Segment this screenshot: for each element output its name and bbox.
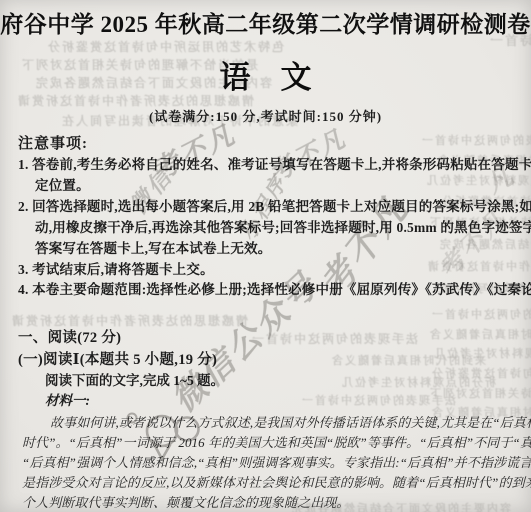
content-layer: 府谷中学 2025 年秋高二年级第二次学情调研检测卷 语文 (试卷满分:150 … — [0, 0, 531, 512]
passage-line-2: 时代”。“后真相”一词源于 2016 年的美国大选和英国“脱欧”等事件。“后真相… — [22, 433, 520, 453]
exam-title: 府谷中学 2025 年秋高二年级第二次学情调研检测卷 — [0, 6, 531, 39]
passage-line-1: 故事如何讲,或者说以什么方式叙述,是我国对外传播话语体系的关键,尤其是在“后真相 — [22, 413, 520, 433]
notice-item-4-line-1: 4. 本卷主要命题范围:选择性必修上册;选择性必修中册《屈原列传》《苏武传》《过… — [18, 280, 518, 301]
part-one-heading: 一、阅读(72 分) — [18, 327, 520, 349]
notice-item-2-line-3: 答案写在答题卡上,写在本试卷上无效。 — [35, 239, 518, 260]
subject-title: 语文 — [0, 52, 531, 97]
subject-char-2: 文 — [281, 60, 312, 95]
notice-heading: 注意事项: — [18, 133, 518, 155]
notice-item-2-line-1: 2. 回答选择题时,选出每小题答案后,用 2B 铅笔把答题卡上对应题目的答案标号… — [18, 197, 518, 218]
notice-item-2-line-2: 动,用橡皮擦干净后,再选涂其他答案标号;回答非选择题时,用 0.5mm 的黑色字… — [35, 218, 518, 239]
material-one-label: 材料一: — [45, 391, 520, 410]
notice-item-1-line-1: 1. 答卷前,考生务必将自己的姓名、准考证号填写在答题卡上,并将条形码粘贴在答题… — [18, 155, 518, 176]
passage-line-3: “后真相”强调个人情感和信念,“真相”则强调客观事实。专家指出:“后真相”并不指… — [22, 453, 520, 473]
exam-info-line: (试卷满分:150 分,考试时间:150 分钟) — [0, 106, 531, 125]
exam-paper-page: 色特术艺的用运所中句诗首这赏鉴析分是的当恰不解理的句诗关相首这对列下容内要主的段… — [0, 0, 531, 512]
subject-char-1: 语 — [220, 60, 251, 95]
reading-section: 一、阅读(72 分) (一)阅读Ⅰ(本题共 5 小题,19 分) 阅读下面的文字… — [18, 327, 520, 512]
exam-header: 府谷中学 2025 年秋高二年级第二次学情调研检测卷 语文 (试卷满分:150 … — [0, 6, 531, 125]
notice-item-1-line-2: 定位置。 — [35, 176, 518, 197]
passage-line-5: 个人判断取代事实判断、颠覆文化信念的现象随之出现。 — [22, 493, 520, 512]
notice-item-3-line-1: 3. 考试结束后,请将答题卡上交。 — [18, 260, 518, 281]
passage-line-4: 是指涉受众对言论的反应,以及新媒体对社会舆论和民意的影响。随着“后真相时代”的到… — [22, 473, 520, 493]
notice-section: 注意事项: 1. 答卷前,考生务必将自己的姓名、准考证号填写在答题卡上,并将条形… — [18, 133, 518, 301]
part-one-sub-heading: (一)阅读Ⅰ(本题共 5 小题,19 分) — [18, 349, 520, 371]
reading-instruction: 阅读下面的文字,完成 1~5 题。 — [45, 371, 520, 391]
